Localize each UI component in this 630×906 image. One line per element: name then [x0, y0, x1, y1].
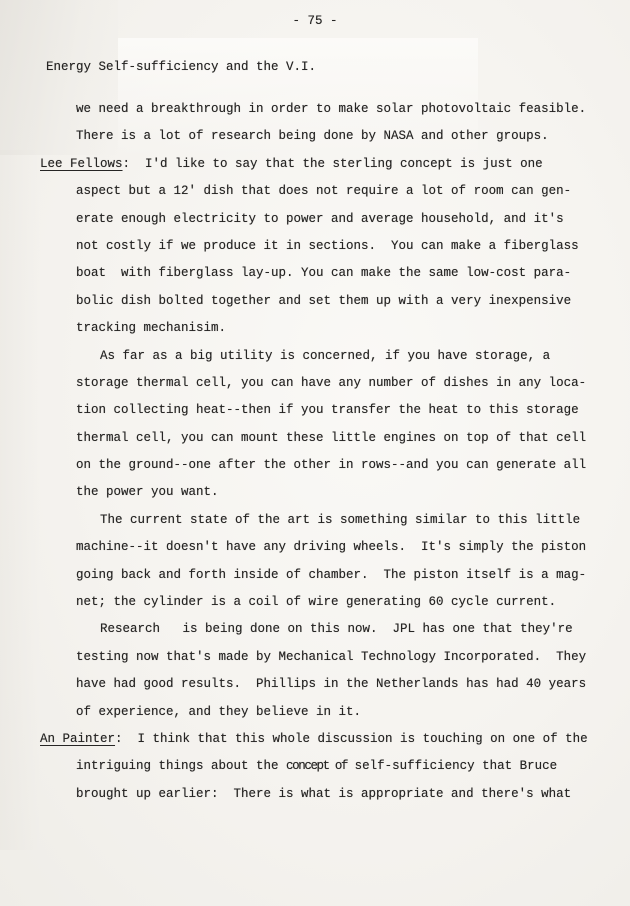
- text-line: There is a lot of research being done by…: [76, 123, 630, 150]
- page-number: - 75 -: [0, 14, 630, 28]
- text-run: The current state of the art is somethin…: [100, 513, 580, 527]
- text-run: of experience, and they believe in it.: [76, 705, 361, 719]
- text-line: intriguing things about the concept of s…: [76, 753, 630, 780]
- text-line: erate enough electricity to power and av…: [76, 206, 630, 233]
- text-run: on the ground--one after the other in ro…: [76, 458, 586, 472]
- text-line: machine--it doesn't have any driving whe…: [76, 534, 630, 561]
- speaker-name: Lee Fellows: [40, 157, 123, 171]
- text-run: tracking mechanisim.: [76, 321, 226, 335]
- text-line: Research is being done on this now. JPL …: [100, 616, 630, 643]
- text-line: of experience, and they believe in it.: [76, 699, 630, 726]
- text-run: There is a lot of research being done by…: [76, 129, 549, 143]
- text-line: going back and forth inside of chamber. …: [76, 562, 630, 589]
- text-run: bolic dish bolted together and set them …: [76, 294, 571, 308]
- text-line: brought up earlier: There is what is app…: [76, 781, 630, 808]
- text-line: tracking mechanisim.: [76, 315, 630, 342]
- text-line: storage thermal cell, you can have any n…: [76, 370, 630, 397]
- speaker-line: Lee Fellows: I'd like to say that the st…: [40, 151, 630, 178]
- text-line: have had good results. Phillips in the N…: [76, 671, 630, 698]
- text-line: thermal cell, you can mount these little…: [76, 425, 630, 452]
- text-line: aspect but a 12' dish that does not requ…: [76, 178, 630, 205]
- text-line: tion collecting heat--then if you transf…: [76, 397, 630, 424]
- text-run: Research is being done on this now. JPL …: [100, 622, 573, 636]
- text-line: As far as a big utility is concerned, if…: [100, 343, 630, 370]
- text-run: not costly if we produce it in sections.…: [76, 239, 579, 253]
- text-run: : I'd like to say that the sterling conc…: [123, 157, 543, 171]
- text-run: net; the cylinder is a coil of wire gene…: [76, 595, 556, 609]
- text-line: on the ground--one after the other in ro…: [76, 452, 630, 479]
- text-run: machine--it doesn't have any driving whe…: [76, 540, 586, 554]
- text-run: going back and forth inside of chamber. …: [76, 568, 586, 582]
- text-run: erate enough electricity to power and av…: [76, 212, 564, 226]
- text-run: storage thermal cell, you can have any n…: [76, 376, 586, 390]
- section-heading: Energy Self-sufficiency and the V.I.: [46, 60, 316, 74]
- text-line: net; the cylinder is a coil of wire gene…: [76, 589, 630, 616]
- text-line: testing now that's made by Mechanical Te…: [76, 644, 630, 671]
- scanned-page: - 75 - Energy Self-sufficiency and the V…: [0, 0, 630, 906]
- condensed-insert-text: concept of: [286, 759, 347, 773]
- document-lines: we need a breakthrough in order to make …: [0, 96, 630, 808]
- text-run: self-sufficiency that Bruce: [347, 759, 557, 773]
- text-run: thermal cell, you can mount these little…: [76, 431, 586, 445]
- text-run: aspect but a 12' dish that does not requ…: [76, 184, 571, 198]
- text-line: not costly if we produce it in sections.…: [76, 233, 630, 260]
- text-line: the power you want.: [76, 479, 630, 506]
- text-run: As far as a big utility is concerned, if…: [100, 349, 550, 363]
- text-run: testing now that's made by Mechanical Te…: [76, 650, 586, 664]
- text-line: we need a breakthrough in order to make …: [76, 96, 630, 123]
- text-run: intriguing things about the: [76, 759, 286, 773]
- text-run: the power you want.: [76, 485, 219, 499]
- text-line: bolic dish bolted together and set them …: [76, 288, 630, 315]
- speaker-line: An Painter: I think that this whole disc…: [40, 726, 630, 753]
- text-run: tion collecting heat--then if you transf…: [76, 403, 579, 417]
- text-run: brought up earlier: There is what is app…: [76, 787, 571, 801]
- text-line: The current state of the art is somethin…: [100, 507, 630, 534]
- speaker-name: An Painter: [40, 732, 115, 746]
- text-run: : I think that this whole discussion is …: [115, 732, 588, 746]
- text-run: have had good results. Phillips in the N…: [76, 677, 586, 691]
- text-line: boat with fiberglass lay-up. You can mak…: [76, 260, 630, 287]
- text-run: we need a breakthrough in order to make …: [76, 102, 586, 116]
- text-run: boat with fiberglass lay-up. You can mak…: [76, 266, 571, 280]
